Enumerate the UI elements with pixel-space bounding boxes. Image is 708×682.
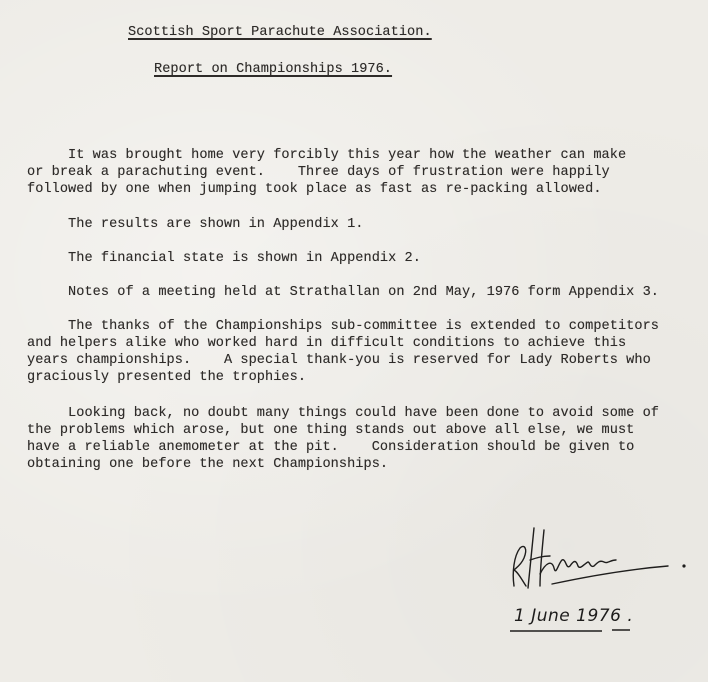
paragraph-line: the problems which arose, but one thing … (27, 422, 634, 439)
paragraph-line: The thanks of the Championships sub-comm… (27, 318, 659, 335)
handwritten-signature (500, 520, 700, 650)
paragraph-line: or break a parachuting event. Three days… (27, 164, 610, 181)
paragraph-line: obtaining one before the next Championsh… (27, 456, 388, 473)
document-page: Scottish Sport Parachute Association. Re… (0, 0, 708, 682)
organization-heading: Scottish Sport Parachute Association. (128, 24, 432, 41)
paragraph-line: graciously presented the trophies. (27, 369, 306, 386)
paragraph-line: have a reliable anemometer at the pit. C… (27, 439, 634, 456)
report-title: Report on Championships 1976. (154, 61, 392, 78)
signature-block: R Thomson 1 June 1976 . (500, 520, 700, 650)
signature-date: 1 June 1976 . (514, 606, 633, 626)
paragraph-line: followed by one when jumping took place … (27, 181, 602, 198)
paragraph-financial: The financial state is shown in Appendix… (27, 250, 421, 267)
paragraph-line: and helpers alike who worked hard in dif… (27, 335, 626, 352)
paragraph-line: Looking back, no doubt many things could… (27, 405, 659, 422)
signature-name: R Thomson (506, 538, 512, 539)
paragraph-meeting: Notes of a meeting held at Strathallan o… (27, 284, 659, 301)
paragraph-results: The results are shown in Appendix 1. (27, 216, 364, 233)
paragraph-line: It was brought home very forcibly this y… (27, 147, 626, 164)
paragraph-line: years championships. A special thank-you… (27, 352, 651, 369)
